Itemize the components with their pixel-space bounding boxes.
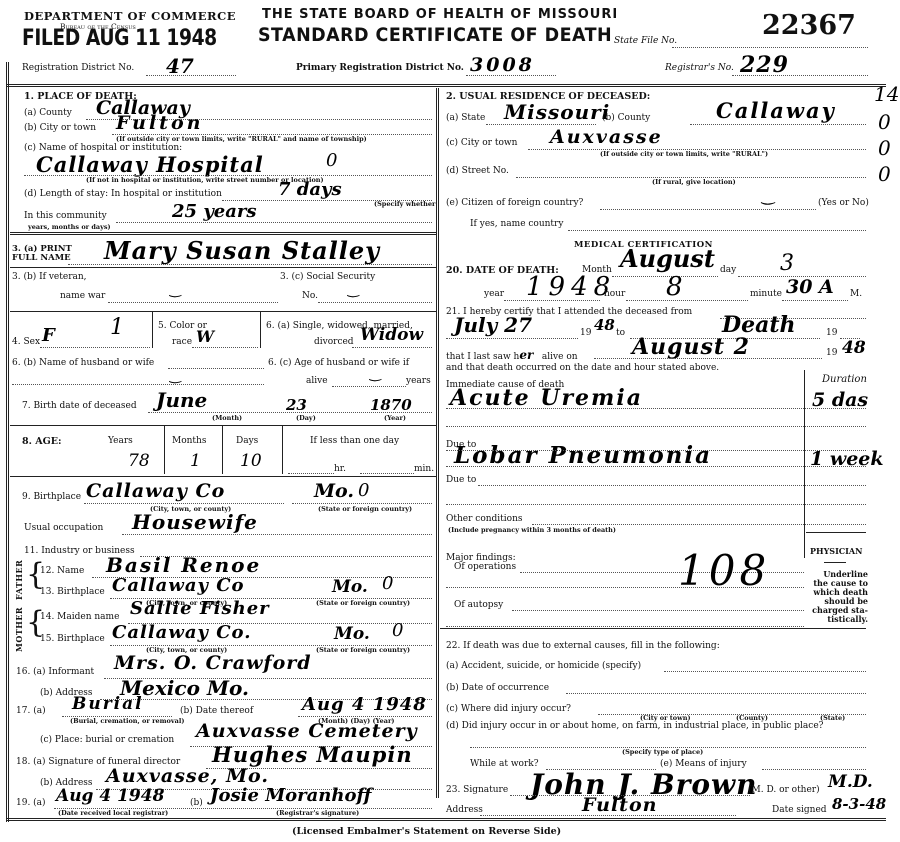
age-hr-label: hr. <box>334 464 346 474</box>
primary-district-number: 3008 <box>470 54 535 76</box>
birth-month-value: June <box>156 388 207 412</box>
divorced-label: divorced <box>314 337 354 347</box>
full-name-label: 3. (a) PRINT FULL NAME <box>12 245 72 263</box>
spouse-name-value: ‿ <box>170 368 181 384</box>
res-street-note: (If rural, give location) <box>652 178 736 186</box>
date-signed-label: Date signed <box>772 805 827 815</box>
operations-label: Of operations <box>454 562 516 572</box>
death-day-label: day <box>720 265 736 275</box>
md-value: M.D. <box>828 772 873 792</box>
birth-day-value: 23 <box>286 396 307 414</box>
last-saw-19-label: 19 <box>826 348 837 358</box>
mother-birthplace-state: Mo. <box>334 624 370 644</box>
age-months-value: 1 <box>190 451 201 471</box>
veteran-label: 3. (b) If veteran, <box>12 272 87 282</box>
primary-district-label: Primary Registration District No. <box>296 63 464 73</box>
physician-address-value: Fulton <box>582 794 657 816</box>
birth-month-note: (Month) <box>212 414 242 422</box>
mother-name-label: 14. Maiden name <box>40 612 119 622</box>
informant-label: 16. (a) Informant <box>16 667 94 677</box>
attend-from-year: 48 <box>594 316 615 334</box>
certificate-title: STANDARD CERTIFICATE OF DEATH <box>258 24 612 46</box>
mother-birthplace-label: 15. Birthplace <box>40 634 105 644</box>
age-less-label: If less than one day <box>310 436 399 446</box>
residence-margin-code-3: 0 <box>878 136 891 160</box>
full-name-value: Mary Susan Stalley <box>104 236 380 265</box>
left-border <box>6 62 9 822</box>
last-saw-year: 48 <box>842 338 866 358</box>
spouse-name-label: 6. (b) Name of husband or wife <box>12 358 154 368</box>
mother-bp-state-note: (State or foreign country) <box>316 646 410 654</box>
father-birthplace-code: 0 <box>382 573 393 594</box>
attend-to-19-label: 19 <box>826 328 837 338</box>
res-city-label: (c) City or town <box>446 138 517 148</box>
sex-code: 1 <box>110 315 124 340</box>
spouse-age-label: 6. (c) Age of husband or wife if <box>268 358 409 368</box>
burial-type-value: Burial <box>72 694 144 714</box>
department-label: DEPARTMENT OF COMMERCE <box>24 9 236 23</box>
medical-code-108: 108 <box>678 546 770 595</box>
veteran-war-label: name war <box>60 291 105 301</box>
external-d-note: (Specify type of place) <box>622 748 703 756</box>
race-label: race <box>172 337 192 347</box>
other-conditions-note: (Include pregnancy within 3 months of de… <box>448 526 616 534</box>
res-county-label: (b) County <box>602 113 650 123</box>
burial-date-label: (b) Date thereof <box>180 706 253 716</box>
spouse-alive-label: alive <box>306 376 328 386</box>
registrar-sig-b-label: (b) <box>190 798 203 808</box>
death-month-value: August <box>620 244 715 273</box>
age-label: 8. AGE: <box>22 436 61 447</box>
mother-birthplace-value: Callaway Co. <box>112 622 252 643</box>
birth-date-label: 7. Birth date of deceased <box>22 401 137 411</box>
age-days-value: 10 <box>240 451 262 471</box>
mother-name-value: Sallie Fisher <box>130 598 270 619</box>
physician-label: PHYSICIAN <box>810 546 862 556</box>
birthplace-state-value: Mo. <box>314 480 354 502</box>
stay-label: (d) Length of stay: In hospital or insti… <box>24 189 222 199</box>
occupation-value: Housewife <box>132 510 258 534</box>
age-months-label: Months <box>172 436 206 446</box>
res-county-value: Callaway <box>716 98 836 123</box>
death-hour-value: 8 <box>666 272 683 302</box>
funeral-address-value: Auxvasse, Mo. <box>106 765 269 787</box>
citizen-value: ‿ <box>762 186 775 205</box>
residence-margin-code-4: 0 <box>878 162 891 186</box>
res-state-value: Missouri <box>504 100 610 124</box>
age-min-label: min. <box>414 464 434 474</box>
res-street-label: (d) Street No. <box>446 166 509 176</box>
death-year-label: year <box>484 289 504 299</box>
occurred-label: and that death occurred on the date and … <box>446 363 719 373</box>
country-label: If yes, name country <box>470 219 563 229</box>
death-m-label: M. <box>850 289 862 299</box>
at-work-label: While at work? <box>470 759 539 769</box>
external-c-label: (c) Where did injury occur? <box>446 704 571 714</box>
state-file-number: 22367 <box>762 10 856 41</box>
citizen-yn-label: (Yes or No) <box>818 198 869 208</box>
date-signed-value: 8-3-48 <box>832 795 886 813</box>
attend-19-label: 19 <box>580 328 591 338</box>
external-d-label: (d) Did injury occur in or about home, o… <box>446 721 824 731</box>
hospital-code: 0 <box>326 150 337 171</box>
board-title: THE STATE BOARD OF HEALTH OF MISSOURI <box>262 7 618 22</box>
veteran-war-value: ‿ <box>170 282 181 298</box>
registrar-signature: Josie Moranhoff <box>210 785 371 806</box>
registrar-date-note: (Date received local registrar) <box>58 809 168 817</box>
ssn-no-label: No. <box>302 291 318 301</box>
death-minute-value: 30 A <box>786 276 834 298</box>
death-certificate: DEPARTMENT OF COMMERCE Bureau of the Cen… <box>0 0 900 842</box>
father-bp-state-note: (State or foreign country) <box>316 599 410 607</box>
race-value: W <box>196 327 214 346</box>
mother-birthplace-code: 0 <box>392 620 403 641</box>
stay-value: 7 days <box>278 179 342 200</box>
burial-date-value: Aug 4 1948 <box>302 694 427 715</box>
top-rule <box>6 84 886 87</box>
death-county-label: (a) County <box>24 108 72 118</box>
center-divider <box>436 88 439 798</box>
birthplace-value: Callaway Co <box>86 480 225 502</box>
birthplace-code: 0 <box>358 480 369 501</box>
father-name-value: Basil Renoe <box>106 553 261 577</box>
marital-value: Widow <box>360 325 423 345</box>
death-hour-label: hour <box>604 289 625 299</box>
res-state-label: (a) State <box>446 113 485 123</box>
birthplace-label: 9. Birthplace <box>22 492 81 502</box>
footer-note: (Licensed Embalmer's Statement on Revers… <box>292 826 561 837</box>
registrar-date-label: 19. (a) <box>16 798 46 808</box>
community-label: In this community <box>24 211 107 221</box>
registrar-sig-note: (Registrar's signature) <box>276 809 359 817</box>
bottom-rule <box>6 818 886 821</box>
community-note: years, months or days) <box>28 223 111 231</box>
duration-label: Duration <box>822 374 867 385</box>
father-birthplace-state: Mo. <box>332 577 368 597</box>
physician-sig-label: 23. Signature <box>446 785 508 795</box>
birth-day-note: (Day) <box>296 414 316 422</box>
state-file-label: State File No. <box>614 36 677 46</box>
funeral-director-value: Hughes Maupin <box>212 742 413 767</box>
ssn-label: 3. (c) Social Security <box>280 272 375 282</box>
ssn-value: ‿ <box>348 282 359 298</box>
autopsy-label: Of autopsy <box>454 600 503 610</box>
citizen-label: (e) Citizen of foreign country? <box>446 198 583 208</box>
sex-label: 4. Sex <box>12 337 40 347</box>
res-city-value: Auxvasse <box>550 126 663 148</box>
registrar-date-value: Aug 4 1948 <box>56 786 164 806</box>
attend-to-label: to <box>616 328 625 338</box>
md-label: (M. D. or other) <box>748 785 820 795</box>
reg-district-label: Registration District No. <box>22 63 134 73</box>
registrar-no-label: Registrar's No. <box>665 63 734 73</box>
external-a-label: (a) Accident, suicide, or homicide (spec… <box>446 661 641 671</box>
due-to-1-value: Lobar Pneumonia <box>454 442 712 469</box>
underline-note: Underline the cause to which death shoul… <box>808 570 868 624</box>
mother-side-label: MOTHER <box>14 606 24 652</box>
birthplace-state-note: (State or foreign country) <box>318 505 412 513</box>
community-value: 25 years <box>172 201 257 222</box>
death-minute-label: minute <box>750 289 782 299</box>
death-city-note: (If outside city or town limits, write "… <box>116 135 367 143</box>
attend-from-value: July 27 <box>454 313 532 337</box>
other-conditions-label: Other conditions <box>446 514 523 524</box>
death-year-value: 1948 <box>526 272 616 302</box>
age-years-label: Years <box>108 436 133 446</box>
last-saw-value: August 2 <box>632 334 750 360</box>
informant-value: Mrs. O. Crawford <box>114 652 312 674</box>
external-b-label: (b) Date of occurrence <box>446 683 549 693</box>
father-side-label: FATHER <box>14 560 24 600</box>
spouse-age-value: ‿ <box>370 366 381 382</box>
burial-place-label: (c) Place: burial or cremation <box>40 735 174 745</box>
last-saw-label: that I last saw her alive on <box>446 348 578 362</box>
spouse-years-label: years <box>406 376 431 386</box>
residence-margin-code-1: 14 <box>874 82 899 106</box>
stay-note: (Specify whether <box>374 200 435 208</box>
residence-margin-code-2: 0 <box>878 110 891 134</box>
age-years-value: 78 <box>128 451 150 471</box>
hospital-value: Callaway Hospital <box>36 152 264 177</box>
burial-place-value: Auxvasse Cemetery <box>196 720 418 742</box>
death-city-value: Fulton <box>116 112 203 134</box>
filed-stamp: FILED AUG 11 1948 <box>22 26 217 51</box>
external-heading: 22. If death was due to external causes,… <box>446 641 720 651</box>
age-days-label: Days <box>236 436 258 446</box>
physician-address-label: Address <box>446 805 483 815</box>
res-city-note: (If outside city or town limits, write "… <box>600 150 768 158</box>
birth-year-note: (Year) <box>384 414 406 422</box>
death-day-value: 3 <box>780 251 794 276</box>
due-to-2-label: Due to <box>446 475 476 485</box>
birth-year-value: 1870 <box>370 396 412 414</box>
father-name-label: 12. Name <box>40 566 84 576</box>
death-city-label: (b) City or town <box>24 123 96 133</box>
father-birthplace-value: Callaway Co <box>112 575 245 596</box>
occupation-label: Usual occupation <box>24 523 103 533</box>
father-birthplace-label: 13. Birthplace <box>40 587 105 597</box>
burial-type-note: (Burial, cremation, or removal) <box>70 717 184 725</box>
burial-num-label: 17. (a) <box>16 706 46 716</box>
sex-value: F <box>42 325 55 346</box>
